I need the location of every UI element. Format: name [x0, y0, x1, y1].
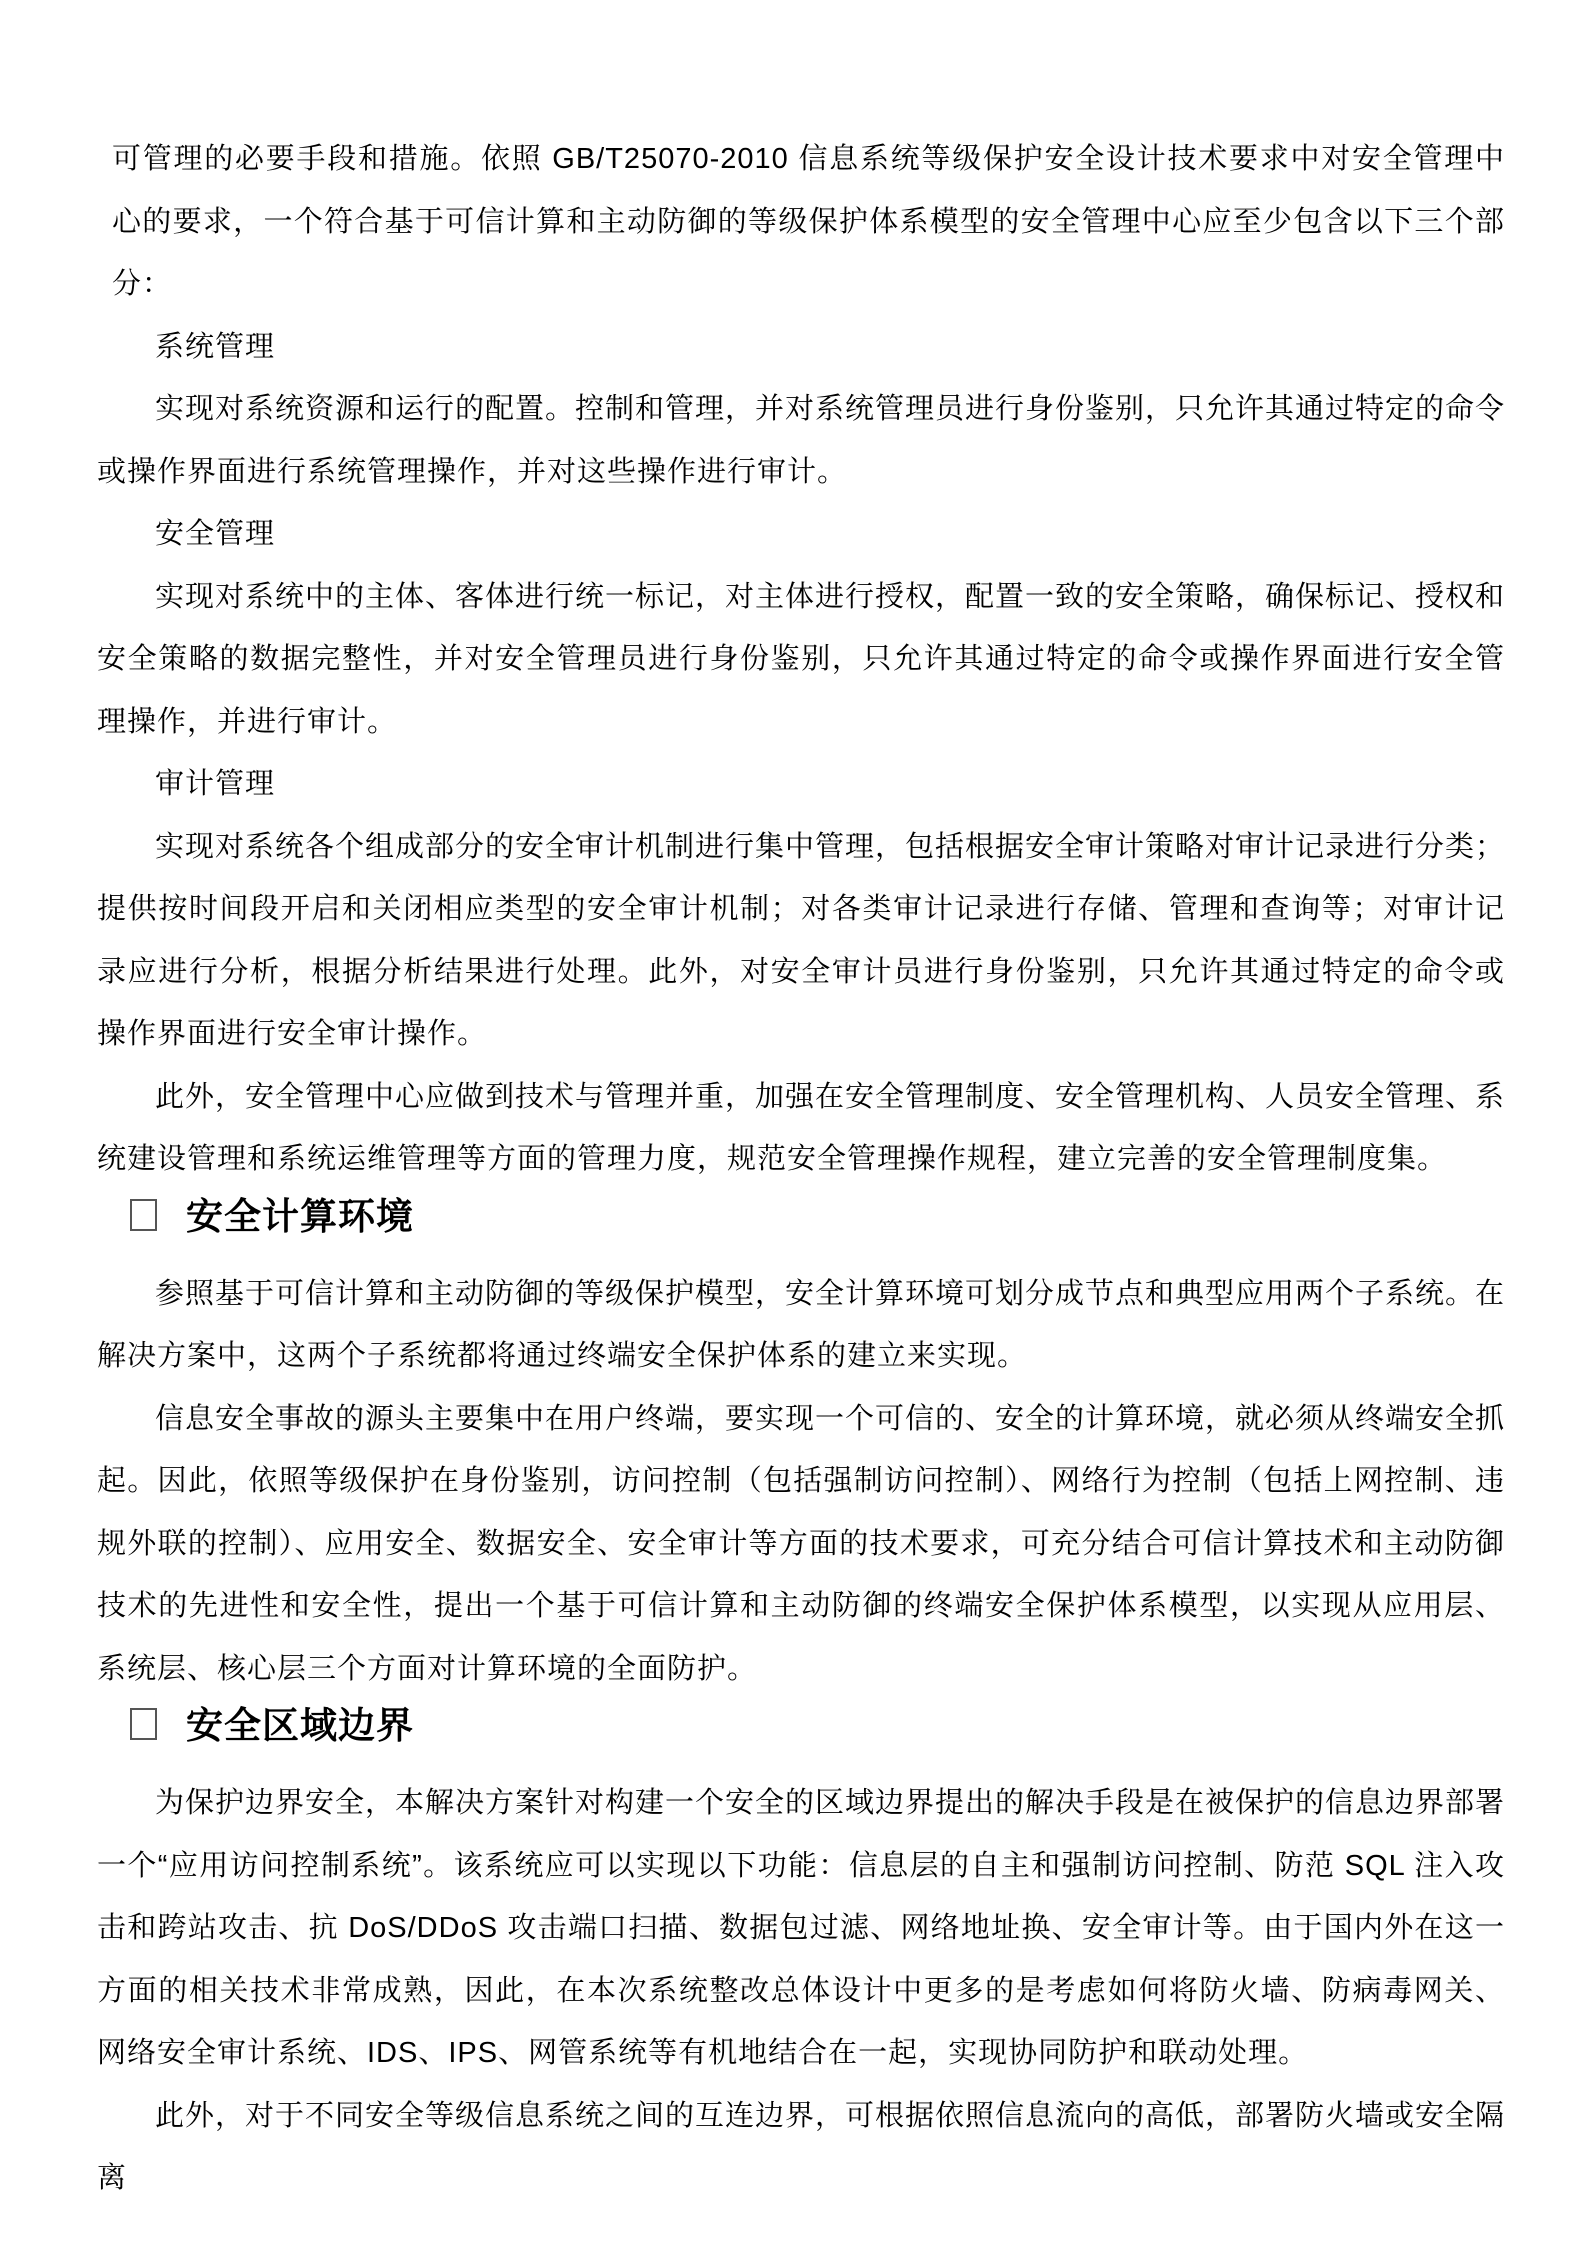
paragraph: 可管理的必要手段和措施。依照 GB/T25070-2010 信息系统等级保护安全…: [97, 128, 1505, 316]
paragraph: 实现对系统各个组成部分的安全审计机制进行集中管理，包括根据安全审计策略对审计记录…: [97, 816, 1505, 1066]
paragraph: 参照基于可信计算和主动防御的等级保护模型，安全计算环境可划分成节点和典型应用两个…: [97, 1263, 1505, 1388]
paragraph: 实现对系统资源和运行的配置。控制和管理，并对系统管理员进行身份鉴别，只允许其通过…: [97, 378, 1505, 503]
section-heading-label: 安全计算环境: [186, 1196, 414, 1237]
section-heading-label: 安全区域边界: [186, 1705, 414, 1746]
paragraph: 信息安全事故的源头主要集中在用户终端，要实现一个可信的、安全的计算环境，就必须从…: [97, 1388, 1505, 1701]
paragraph: 为保护边界安全，本解决方案针对构建一个安全的区域边界提出的解决手段是在被保护的信…: [97, 1772, 1505, 2085]
paragraph: 实现对系统中的主体、客体进行统一标记，对主体进行授权，配置一致的安全策略，确保标…: [97, 566, 1505, 754]
document-page: 可管理的必要手段和措施。依照 GB/T25070-2010 信息系统等级保护安全…: [0, 0, 1587, 2245]
section-heading-secure-area-boundary: 安全区域边界: [130, 1702, 1505, 1750]
paragraph: 此外，安全管理中心应做到技术与管理并重，加强在安全管理制度、安全管理机构、人员安…: [97, 1066, 1505, 1191]
paragraph: 此外，对于不同安全等级信息系统之间的互连边界，可根据依照信息流向的高低，部署防火…: [97, 2085, 1505, 2210]
list-item-heading-audit-management: 审计管理: [97, 753, 1505, 816]
section-heading-secure-computing-environment: 安全计算环境: [130, 1193, 1505, 1241]
square-bullet-icon: [130, 1708, 157, 1740]
list-item-heading-system-management: 系统管理: [97, 316, 1505, 379]
square-bullet-icon: [130, 1199, 157, 1231]
list-item-heading-security-management: 安全管理: [97, 503, 1505, 566]
